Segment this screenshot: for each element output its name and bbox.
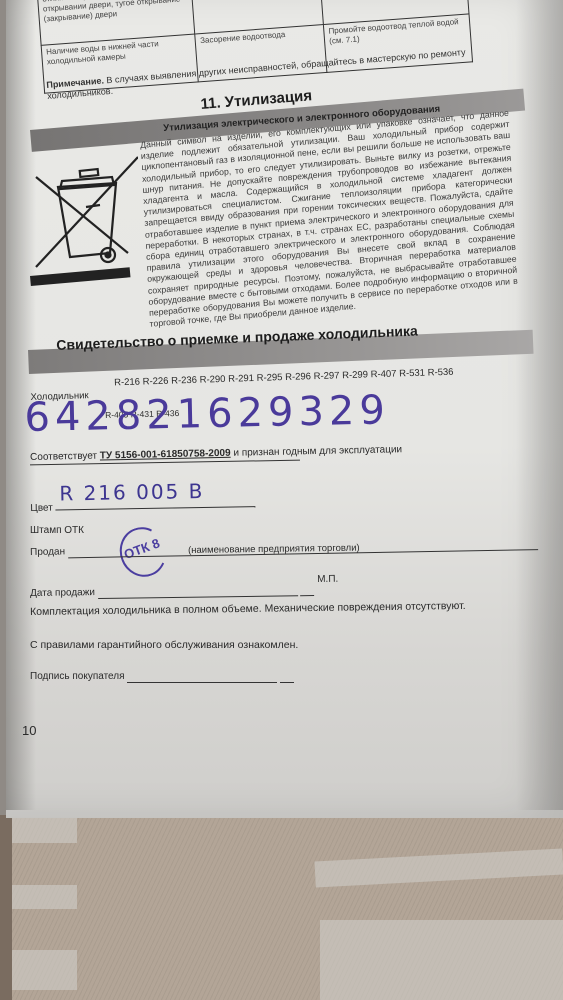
fabric-stripe xyxy=(12,815,77,843)
fabric-stripe xyxy=(314,849,563,888)
fabric-stripe xyxy=(320,920,563,1000)
fabric-dark-edge xyxy=(0,815,12,1000)
fabric-stripe xyxy=(12,950,77,990)
tablecloth-background xyxy=(0,815,563,1000)
buyer-signature-field: Подпись покупателя xyxy=(30,671,294,683)
sold-label: Продан xyxy=(30,546,65,558)
buyer-signature-label: Подпись покупателя xyxy=(30,671,125,682)
page-shadow-right xyxy=(516,0,563,810)
fabric-stripe xyxy=(12,885,77,909)
page-number: 10 xyxy=(22,723,36,738)
warranty-text: С правилами гарантийного обслуживания оз… xyxy=(30,639,298,651)
disposal-paragraph: Данный символ на изделии, его комплектую… xyxy=(140,108,519,331)
crossed-out-wheelie-bin-icon xyxy=(28,155,138,275)
sale-date-input-line-2[interactable] xyxy=(300,584,314,596)
conforms-label: Соответствует xyxy=(30,451,97,463)
color-label: Цвет xyxy=(30,503,53,514)
buyer-signature-line[interactable] xyxy=(127,671,277,683)
color-handwritten: R 216 005 B xyxy=(59,479,204,506)
mp-label: М.П. xyxy=(317,574,338,585)
color-field: Цвет R 216 005 B xyxy=(30,482,256,514)
color-input-line[interactable]: R 216 005 B xyxy=(55,482,255,510)
buyer-signature-line-2[interactable] xyxy=(280,671,294,683)
serial-number-handwritten: 642821629329 xyxy=(24,387,390,441)
stamp-label: Штамп ОТК xyxy=(30,525,84,536)
sale-date-label: Дата продажи xyxy=(30,587,95,599)
